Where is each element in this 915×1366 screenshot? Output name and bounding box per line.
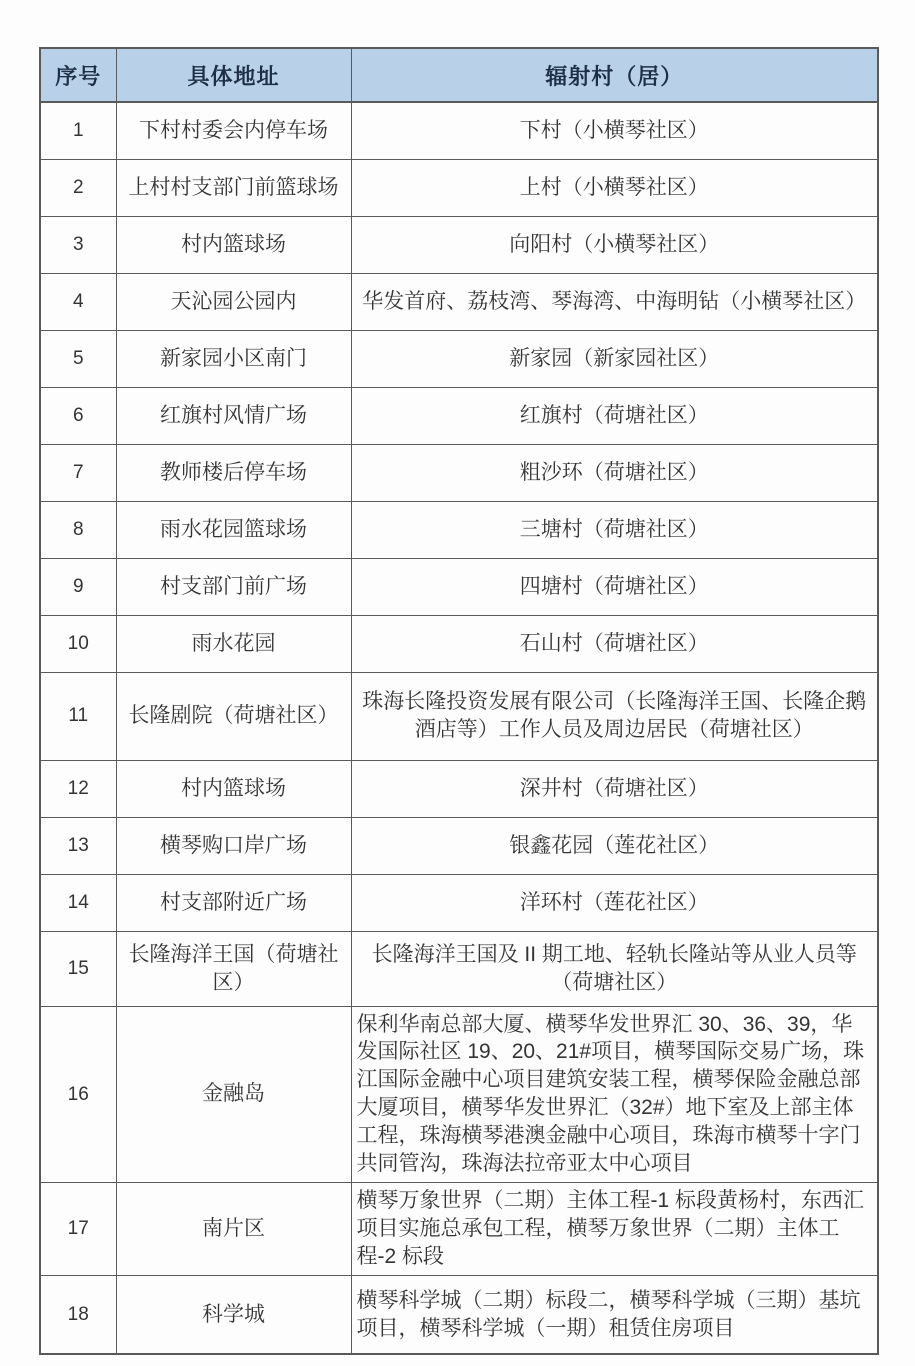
- table-row: 2 上村村支部门前篮球场 上村（小横琴社区）: [40, 159, 878, 216]
- table-row: 14 村支部附近广场 洋环村（莲花社区）: [40, 874, 878, 931]
- radiated-villages-cell: 华发首府、荔枝湾、琴海湾、中海明钻（小横琴社区）: [351, 273, 878, 330]
- document-page: 序号 具体地址 辐射村（居） 1 下村村委会内停车场 下村（小横琴社区） 2 上…: [0, 0, 915, 1366]
- table-row: 7 教师楼后停车场 粗沙环（荷塘社区）: [40, 444, 878, 501]
- specific-address-cell: 长隆海洋王国（荷塘社区）: [116, 931, 351, 1006]
- header-serial-number: 序号: [40, 48, 116, 102]
- serial-number-cell: 13: [40, 817, 116, 874]
- table-row: 15 长隆海洋王国（荷塘社区） 长隆海洋王国及 II 期工地、轻轨长隆站等从业人…: [40, 931, 878, 1006]
- specific-address-cell: 天沁园公园内: [116, 273, 351, 330]
- table-row: 10 雨水花园 石山村（荷塘社区）: [40, 615, 878, 672]
- serial-number-cell: 9: [40, 558, 116, 615]
- table-row: 16 金融岛 保利华南总部大厦、横琴华发世界汇 30、36、39，华发国际社区 …: [40, 1006, 878, 1183]
- radiated-villages-cell: 石山村（荷塘社区）: [351, 615, 878, 672]
- radiated-villages-cell: 珠海长隆投资发展有限公司（长隆海洋王国、长隆企鹅酒店等）工作人员及周边居民（荷塘…: [351, 672, 878, 760]
- specific-address-cell: 新家园小区南门: [116, 330, 351, 387]
- table-row: 18 科学城 横琴科学城（二期）标段二，横琴科学城（三期）基坑项目，横琴科学城（…: [40, 1275, 878, 1354]
- specific-address-cell: 教师楼后停车场: [116, 444, 351, 501]
- specific-address-cell: 金融岛: [116, 1006, 351, 1183]
- radiated-villages-cell: 上村（小横琴社区）: [351, 159, 878, 216]
- radiated-villages-cell: 向阳村（小横琴社区）: [351, 216, 878, 273]
- table-row: 11 长隆剧院（荷塘社区） 珠海长隆投资发展有限公司（长隆海洋王国、长隆企鹅酒店…: [40, 672, 878, 760]
- table-row: 9 村支部门前广场 四塘村（荷塘社区）: [40, 558, 878, 615]
- specific-address-cell: 村支部门前广场: [116, 558, 351, 615]
- specific-address-cell: 雨水花园: [116, 615, 351, 672]
- header-row: 序号 具体地址 辐射村（居）: [40, 48, 878, 102]
- specific-address-cell: 红旗村风情广场: [116, 387, 351, 444]
- specific-address-cell: 下村村委会内停车场: [116, 102, 351, 159]
- radiated-villages-cell: 横琴科学城（二期）标段二，横琴科学城（三期）基坑项目，横琴科学城（一期）租赁住房…: [351, 1275, 878, 1354]
- radiated-villages-cell: 四塘村（荷塘社区）: [351, 558, 878, 615]
- radiated-villages-cell: 下村（小横琴社区）: [351, 102, 878, 159]
- serial-number-cell: 3: [40, 216, 116, 273]
- radiated-villages-cell: 粗沙环（荷塘社区）: [351, 444, 878, 501]
- serial-number-cell: 2: [40, 159, 116, 216]
- serial-number-cell: 12: [40, 760, 116, 817]
- table-body: 1 下村村委会内停车场 下村（小横琴社区） 2 上村村支部门前篮球场 上村（小横…: [40, 102, 878, 1354]
- radiated-villages-cell: 新家园（新家园社区）: [351, 330, 878, 387]
- table-header: 序号 具体地址 辐射村（居）: [40, 48, 878, 102]
- table-row: 5 新家园小区南门 新家园（新家园社区）: [40, 330, 878, 387]
- serial-number-cell: 10: [40, 615, 116, 672]
- table-row: 17 南片区 横琴万象世界（二期）主体工程-1 标段黄杨村，东西汇项目实施总承包…: [40, 1183, 878, 1276]
- table-row: 12 村内篮球场 深井村（荷塘社区）: [40, 760, 878, 817]
- serial-number-cell: 1: [40, 102, 116, 159]
- header-radiated-villages: 辐射村（居）: [351, 48, 878, 102]
- table-row: 3 村内篮球场 向阳村（小横琴社区）: [40, 216, 878, 273]
- serial-number-cell: 7: [40, 444, 116, 501]
- radiated-villages-cell: 洋环村（莲花社区）: [351, 874, 878, 931]
- radiated-villages-cell: 三塘村（荷塘社区）: [351, 501, 878, 558]
- table-row: 6 红旗村风情广场 红旗村（荷塘社区）: [40, 387, 878, 444]
- specific-address-cell: 南片区: [116, 1183, 351, 1276]
- serial-number-cell: 11: [40, 672, 116, 760]
- specific-address-cell: 上村村支部门前篮球场: [116, 159, 351, 216]
- serial-number-cell: 4: [40, 273, 116, 330]
- specific-address-cell: 横琴购口岸广场: [116, 817, 351, 874]
- serial-number-cell: 17: [40, 1183, 116, 1276]
- serial-number-cell: 15: [40, 931, 116, 1006]
- serial-number-cell: 14: [40, 874, 116, 931]
- serial-number-cell: 8: [40, 501, 116, 558]
- radiated-villages-cell: 银鑫花园（莲花社区）: [351, 817, 878, 874]
- serial-number-cell: 5: [40, 330, 116, 387]
- table-row: 1 下村村委会内停车场 下村（小横琴社区）: [40, 102, 878, 159]
- specific-address-cell: 长隆剧院（荷塘社区）: [116, 672, 351, 760]
- serial-number-cell: 16: [40, 1006, 116, 1183]
- specific-address-cell: 村支部附近广场: [116, 874, 351, 931]
- specific-address-cell: 村内篮球场: [116, 760, 351, 817]
- radiated-villages-cell: 深井村（荷塘社区）: [351, 760, 878, 817]
- radiated-villages-cell: 红旗村（荷塘社区）: [351, 387, 878, 444]
- testing-points-table: 序号 具体地址 辐射村（居） 1 下村村委会内停车场 下村（小横琴社区） 2 上…: [39, 47, 879, 1355]
- serial-number-cell: 18: [40, 1275, 116, 1354]
- table-row: 4 天沁园公园内 华发首府、荔枝湾、琴海湾、中海明钻（小横琴社区）: [40, 273, 878, 330]
- table-row: 8 雨水花园篮球场 三塘村（荷塘社区）: [40, 501, 878, 558]
- specific-address-cell: 科学城: [116, 1275, 351, 1354]
- specific-address-cell: 村内篮球场: [116, 216, 351, 273]
- serial-number-cell: 6: [40, 387, 116, 444]
- radiated-villages-cell: 横琴万象世界（二期）主体工程-1 标段黄杨村，东西汇项目实施总承包工程，横琴万象…: [351, 1183, 878, 1276]
- specific-address-cell: 雨水花园篮球场: [116, 501, 351, 558]
- header-specific-address: 具体地址: [116, 48, 351, 102]
- radiated-villages-cell: 长隆海洋王国及 II 期工地、轻轨长隆站等从业人员等（荷塘社区）: [351, 931, 878, 1006]
- radiated-villages-cell: 保利华南总部大厦、横琴华发世界汇 30、36、39，华发国际社区 19、20、2…: [351, 1006, 878, 1183]
- table-row: 13 横琴购口岸广场 银鑫花园（莲花社区）: [40, 817, 878, 874]
